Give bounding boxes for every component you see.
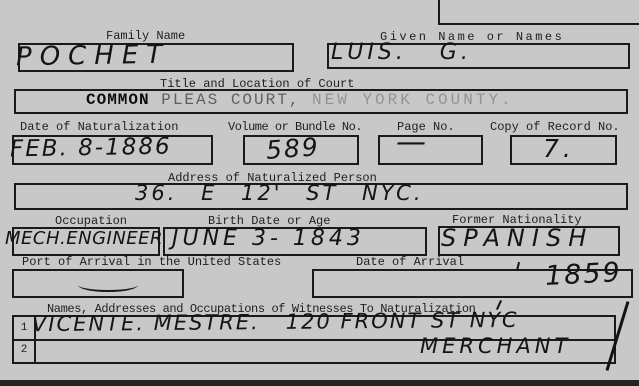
witness-row1-number: 1 [14,322,34,334]
court-typed-faint: NEW YORK COUNTY. [312,91,514,109]
date-arrival-value: 1859 [544,259,622,290]
page-no-box [378,135,483,165]
occupation-value: MECH.ENGINEER [5,230,163,248]
court-stamp: COMMON [86,91,150,109]
nationality-value: SPANISH [441,226,593,250]
volume-label: Volume or Bundle No. [228,120,362,134]
date-naturalization-value: FEB. 8-1886 [10,136,172,162]
address-value: 36. E 12' ST NYC. [135,183,424,204]
given-name-value: LUIS. G. [331,42,472,64]
court-value: COMMON PLEAS COURT, NEW YORK COUNTY. [86,91,514,109]
page-no-value: — [396,128,426,158]
top-right-open-box [438,0,639,25]
copy-record-label: Copy of Record No. [490,120,620,134]
occupation-label: Occupation [55,214,127,228]
date-naturalization-label: Date of Naturalization [20,120,178,134]
naturalization-index-card: Family Name POCHET Given Name or Names L… [0,0,639,386]
court-typed: PLEAS COURT, [150,91,312,109]
scan-bottom-dark-band [0,380,639,386]
port-arrival-blank-dash-mark [78,278,138,292]
witness-row2-number: 2 [14,344,34,356]
witness-row2-value: MERCHANT [420,336,571,357]
birth-value: JUNE 3- 1843 [172,228,365,250]
witness-row1-value: VICENTE. MESTRE. 120 FRONT ST NYC [32,310,519,335]
date-arrival-label: Date of Arrival [356,255,464,269]
volume-value: 589 [265,134,320,163]
port-arrival-label: Port of Arrival in the United States [22,255,281,269]
copy-record-value: 7. [543,136,575,161]
family-name-value: POCHET [16,42,171,71]
